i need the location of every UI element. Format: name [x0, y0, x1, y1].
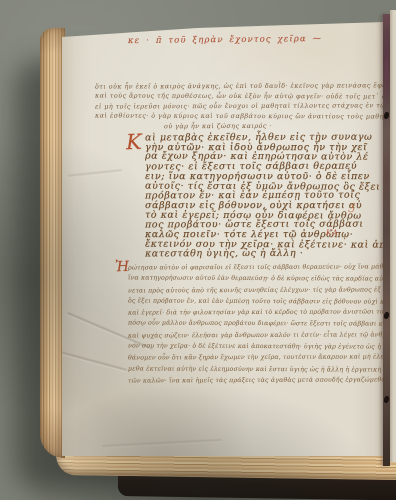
binding-gutter-seam	[383, 14, 390, 466]
commentary-line: τῶν καλῶν· ἵνα καὶ ἡμεῖς τὰς πράξεις τὰς…	[128, 374, 368, 386]
facing-page-sliver	[390, 10, 396, 462]
commentary-line: ἵνα κατηγορήσωσιν αὐτοῦ ἐὰν θεραπεύσῃ· ὁ…	[128, 273, 368, 285]
binding-stitch	[383, 311, 390, 319]
commentary-line: θάνομεν οὖν ὅτι κἂν ξηρὰν ἔχωμεν τὴν χεῖ…	[128, 352, 368, 364]
manuscript-photograph: κε ⋅ π̄ τοῦ ξηρὰν ἔχοντος χεῖρα ⁓ ὅτι οὐ…	[0, 0, 396, 500]
binding-stitch	[383, 395, 390, 403]
parchment-crease	[59, 351, 127, 371]
chapter-rubric: κε ⋅ π̄ τοῦ ξηρὰν ἔχοντος χεῖρα ⁓	[120, 34, 330, 46]
text-line: γοντες· εἰ ἔξεστι τοῖς σάββασι θεραπεύ	[145, 162, 351, 172]
text-line: αὶ μεταβὰς ἐκεῖθεν, ἦλθεν εἰς τὴν συναγω	[145, 133, 351, 143]
rubricated-initial-kappa: Κ	[126, 130, 143, 155]
commentary-lower-block: ρώτησαν αὐτὸν οἱ φαρισαῖοι εἰ ἔξεστι τοῖ…	[128, 262, 368, 386]
scholia-upper-block: ὅτι οὐκ ἦν ἐκεῖ ὁ καιρὸς ἀνάγκης, ὡς ἐπὶ…	[95, 81, 371, 131]
commentary-line: πόσῳ οὖν μᾶλλον ἄνθρωπος προβάτου διαφέρ…	[128, 318, 368, 330]
text-line: πος προβάτου· ὥστε ἔξεστι τοῖς σάββασι	[145, 220, 351, 230]
margin-chapter-number: ΚΑ	[326, 228, 339, 237]
text-line: πρόβατον ἕν· καὶ ἐὰν ἐμπέσῃ τοῦτο τοῖς	[145, 191, 351, 201]
gospel-text-block: αὶ μεταβὰς ἐκεῖθεν, ἦλθεν εἰς τὴν συναγω…	[145, 133, 351, 259]
text-line: κατεστάθη ὑγιὴς, ὡς ἡ ἄλλη ⋅	[145, 249, 351, 259]
manuscript-page: κε ⋅ π̄ τοῦ ξηρὰν ἔχοντος χεῖρα ⁓ ὅτι οὐ…	[62, 22, 384, 456]
parchment-crease	[68, 169, 122, 176]
page-edges-left	[40, 28, 65, 458]
commentary-line: νεται πρὸς αὐτοὺς ἀπὸ τῆς κοινῆς συνηθεί…	[128, 284, 368, 296]
parchment-crease	[102, 439, 222, 447]
binding-stitch	[383, 111, 390, 119]
